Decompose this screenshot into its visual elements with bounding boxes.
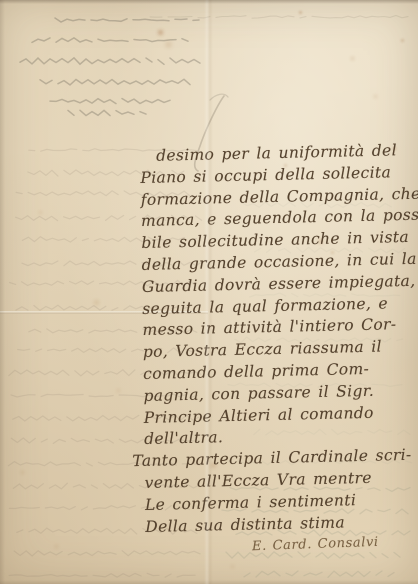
manuscript-page: desimo per la uniformità delPiano si occ… <box>0 0 418 584</box>
letter-body: desimo per la uniformità delPiano si occ… <box>140 142 418 538</box>
foxing-spots <box>0 0 1 1</box>
signature: E. Card. Consalvi <box>252 535 379 554</box>
